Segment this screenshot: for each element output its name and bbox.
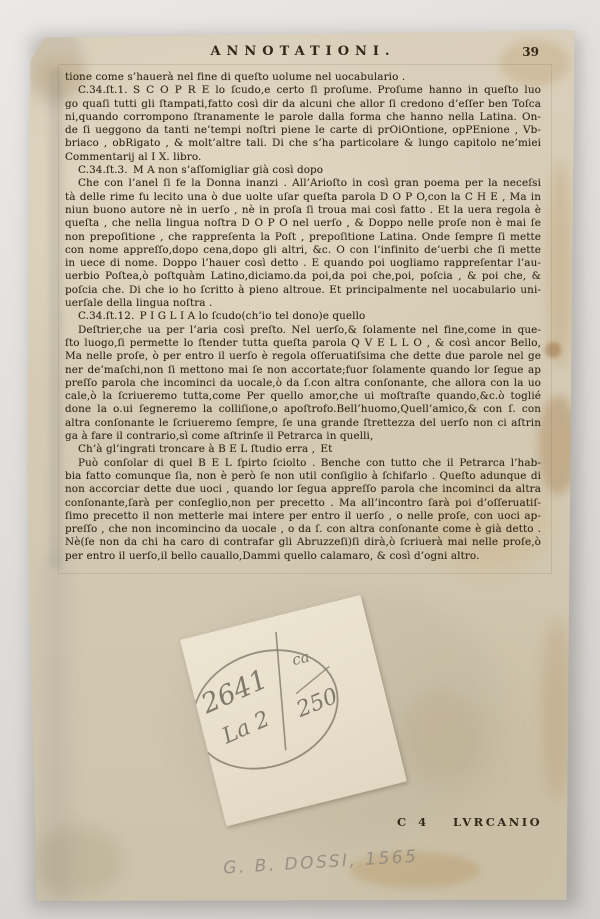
text-line: niun buono autore nè in uerſo , nè in pr… (65, 204, 541, 217)
text-line: de ſi ueggono da tanti ne’tempi noſtri p… (65, 124, 541, 137)
text-line: Può conſolar di quel B E L ſpirto ſciolt… (65, 457, 541, 470)
text-line: bia fatto comunque ſia, non è però ſe no… (65, 470, 541, 483)
text-line: non prepoſitione , che rappreſenta la Po… (65, 231, 541, 244)
show-through-strip (41, 556, 71, 906)
text-line: ga à fare il contrario,sì come aſtrinſe … (65, 430, 541, 443)
text-line: C.34.ſt.1. S C O P R E lo ſcudo,e certo … (65, 84, 541, 97)
note-fraction-top: ca (290, 648, 311, 670)
text-line: preſſo parola che incominci da uocale,ò … (65, 377, 541, 390)
photo-backdrop: { "colors":{ "backdrop":"#e0dedc", "pape… (0, 0, 600, 919)
text-line: uerſale della lingua noſtra . (65, 297, 541, 310)
signature-mark: C 4 (397, 815, 430, 829)
book-page: ANNOTATIONI. 39 tione come s’hauerà nel … (25, 26, 578, 906)
text-line: C.34.ſt.3. M A non s’aſſomigliar già cos… (65, 164, 541, 177)
text-line: con nome appreſſo,dopo cena,dopo gli alt… (65, 244, 541, 257)
text-line: ſimo precetto il non metterle mai intere… (65, 510, 541, 523)
catchword: LVRCANIO (453, 815, 542, 829)
text-line: uerbio Poſtea,ò poſtquàm Latino,diciamo.… (65, 270, 541, 283)
note-number-bottom: La 2 (218, 707, 274, 750)
text-line: cale,ò la ſcriueremo tutta,come Per quel… (65, 390, 541, 403)
stain (400, 690, 480, 780)
text-line: done la o.ui ſegneremo la colliſione,o a… (65, 403, 541, 416)
text-line: Ch’à gl’ingrati troncare à B E L ſtudio … (65, 443, 541, 456)
text-line: Ma nelle proſe, ò per entro il uerſo è r… (65, 350, 541, 363)
text-line: tione come s’hauerà nel fine di queſto u… (65, 71, 541, 84)
text-line: preſſo , che non incomincino da uocale ,… (65, 523, 541, 536)
text-line: tà delle rime fu lecito una ò due uolte … (65, 191, 541, 204)
text-line: Nè(ſe non da chi ha caro di contrafar gl… (65, 536, 541, 549)
text-line: non accorciar dette due uoci , quando lo… (65, 483, 541, 496)
text-line: altra conſonante le ſcriueremo ſempre, ſ… (65, 417, 541, 430)
text-line: Deſtrier,che ua per l’aria così preſto. … (65, 324, 541, 337)
stain (542, 620, 572, 800)
text-line: Che con l’anel ſi fe la Donna inanzi . A… (65, 177, 541, 190)
text-line: ni,quando corrompono ſtranamente le paro… (65, 111, 541, 124)
text-line: per entro il uerſo,il bello cauallo,Damm… (65, 550, 541, 563)
text-line: go quaſi tutti gli ſtampati,fatto così d… (65, 98, 541, 111)
text-line: ſto luogo,ſi permette lo ſtender tutta q… (65, 337, 541, 350)
text-line: poſcia che. Di che io ho ſcritto à pieno… (65, 284, 541, 297)
text-line: C.34.ſt.12. P I G L I A lo ſcudo(ch’io t… (65, 310, 541, 323)
page-number: 39 (522, 45, 539, 59)
owner-inscription: G. B. DOSSI, 1565 (223, 841, 504, 878)
signature-line: C 4 LVRCANIO (397, 815, 547, 829)
text-line: queſta , che nella lingua noſtra D O P O… (65, 217, 541, 230)
text-line: conſonante,ſarà per conſeglio,non per pr… (65, 497, 541, 510)
text-block: tione come s’hauerà nel fine di queſto u… (65, 71, 541, 563)
pasted-note-slip: 2641 La 2 ca 250 (180, 595, 407, 826)
running-title: ANNOTATIONI. (65, 44, 541, 59)
page-header: ANNOTATIONI. 39 (65, 44, 541, 62)
text-line: Commentarij al I X. libro. (65, 151, 541, 164)
pencil-annotation: 2641 La 2 ca 250 (180, 595, 407, 826)
text-line: ner de’maſchi,non ſi mettono mai ſe non … (65, 364, 541, 377)
text-line: in uece di nome. Doppo l’hauer così dett… (65, 257, 541, 270)
text-line: briaco , obRigato , & molt’altre tali. D… (65, 137, 541, 150)
stain (33, 826, 123, 896)
